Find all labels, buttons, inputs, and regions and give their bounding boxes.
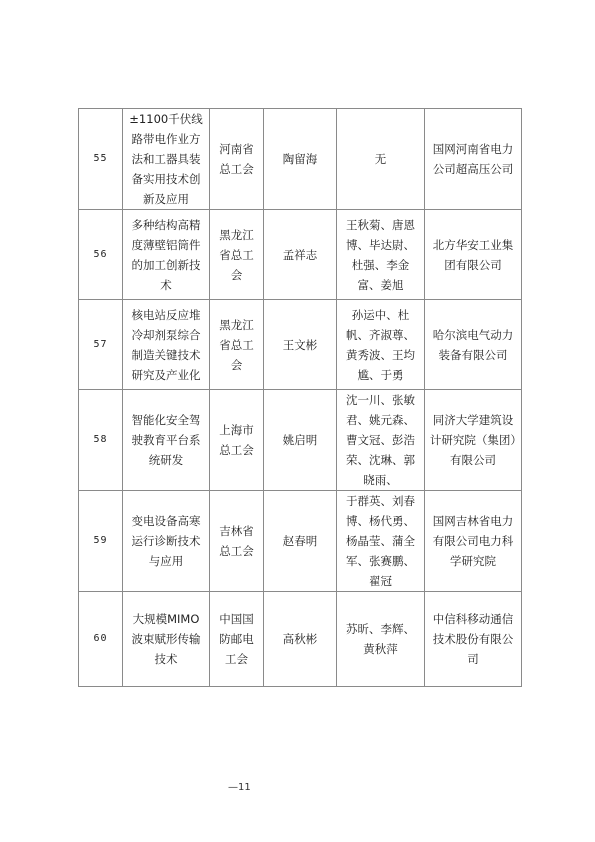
- team-members: 于群英、刘春博、杨代勇、杨晶莹、蒲全军、张赛鹏、翟冠: [337, 491, 425, 592]
- work-unit: 国网河南省电力公司超高压公司: [425, 109, 522, 210]
- lead-person: 陶留海: [264, 109, 337, 210]
- row-number: 58: [79, 390, 123, 491]
- team-members: 王秋菊、唐恩博、毕达尉、杜强、李金富、姜旭: [337, 210, 425, 300]
- row-number: 60: [79, 592, 123, 687]
- lead-person: 姚启明: [264, 390, 337, 491]
- lead-person: 孟祥志: [264, 210, 337, 300]
- nominating-union: 中国国防邮电工会: [210, 592, 264, 687]
- row-number: 55: [79, 109, 123, 210]
- nominating-union: 上海市总工会: [210, 390, 264, 491]
- project-name: 多种结构高精度薄壁铝筒件的加工创新技术: [123, 210, 210, 300]
- nominating-union: 河南省总工会: [210, 109, 264, 210]
- work-unit: 哈尔滨电气动力装备有限公司: [425, 300, 522, 390]
- awards-table: 55 ±1100千伏线路带电作业方法和工器具装备实用技术创新及应用 河南省总工会…: [78, 108, 522, 687]
- nominating-union: 黑龙江省总工会: [210, 300, 264, 390]
- table-row: 58 智能化安全驾驶教育平台系统研发 上海市总工会 姚启明 沈一川、张敏君、姚元…: [79, 390, 522, 491]
- work-unit: 同济大学建筑设计研究院（集团）有限公司: [425, 390, 522, 491]
- team-members: 孙运中、杜帆、齐淑尊、黄秀波、王均尴、于勇: [337, 300, 425, 390]
- document-page: 55 ±1100千伏线路带电作业方法和工器具装备实用技术创新及应用 河南省总工会…: [0, 0, 595, 842]
- team-members: 沈一川、张敏君、姚元森、曹文冠、彭浩荣、沈琳、郭晓雨、: [337, 390, 425, 491]
- project-name: 智能化安全驾驶教育平台系统研发: [123, 390, 210, 491]
- table-row: 57 核电站反应堆冷却剂泵综合制造关键技术研究及产业化 黑龙江省总工会 王文彬 …: [79, 300, 522, 390]
- row-number: 57: [79, 300, 123, 390]
- table-row: 55 ±1100千伏线路带电作业方法和工器具装备实用技术创新及应用 河南省总工会…: [79, 109, 522, 210]
- nominating-union: 黑龙江省总工会: [210, 210, 264, 300]
- lead-person: 高秋彬: [264, 592, 337, 687]
- project-name: 变电设备高寒运行诊断技术与应用: [123, 491, 210, 592]
- work-unit: 国网吉林省电力有限公司电力科学研究院: [425, 491, 522, 592]
- table-row: 60 大规模MIMO波束赋形传输技术 中国国防邮电工会 高秋彬 苏昕、李辉、黄秋…: [79, 592, 522, 687]
- team-members: 苏昕、李辉、黄秋萍: [337, 592, 425, 687]
- table-row: 56 多种结构高精度薄壁铝筒件的加工创新技术 黑龙江省总工会 孟祥志 王秋菊、唐…: [79, 210, 522, 300]
- nominating-union: 吉林省总工会: [210, 491, 264, 592]
- lead-person: 王文彬: [264, 300, 337, 390]
- work-unit: 中信科移动通信技术股份有限公司: [425, 592, 522, 687]
- row-number: 59: [79, 491, 123, 592]
- table-row: 59 变电设备高寒运行诊断技术与应用 吉林省总工会 赵春明 于群英、刘春博、杨代…: [79, 491, 522, 592]
- page-number: —11: [228, 782, 251, 793]
- project-name: 核电站反应堆冷却剂泵综合制造关键技术研究及产业化: [123, 300, 210, 390]
- project-name: 大规模MIMO波束赋形传输技术: [123, 592, 210, 687]
- project-name: ±1100千伏线路带电作业方法和工器具装备实用技术创新及应用: [123, 109, 210, 210]
- team-members: 无: [337, 109, 425, 210]
- work-unit: 北方华安工业集团有限公司: [425, 210, 522, 300]
- row-number: 56: [79, 210, 123, 300]
- lead-person: 赵春明: [264, 491, 337, 592]
